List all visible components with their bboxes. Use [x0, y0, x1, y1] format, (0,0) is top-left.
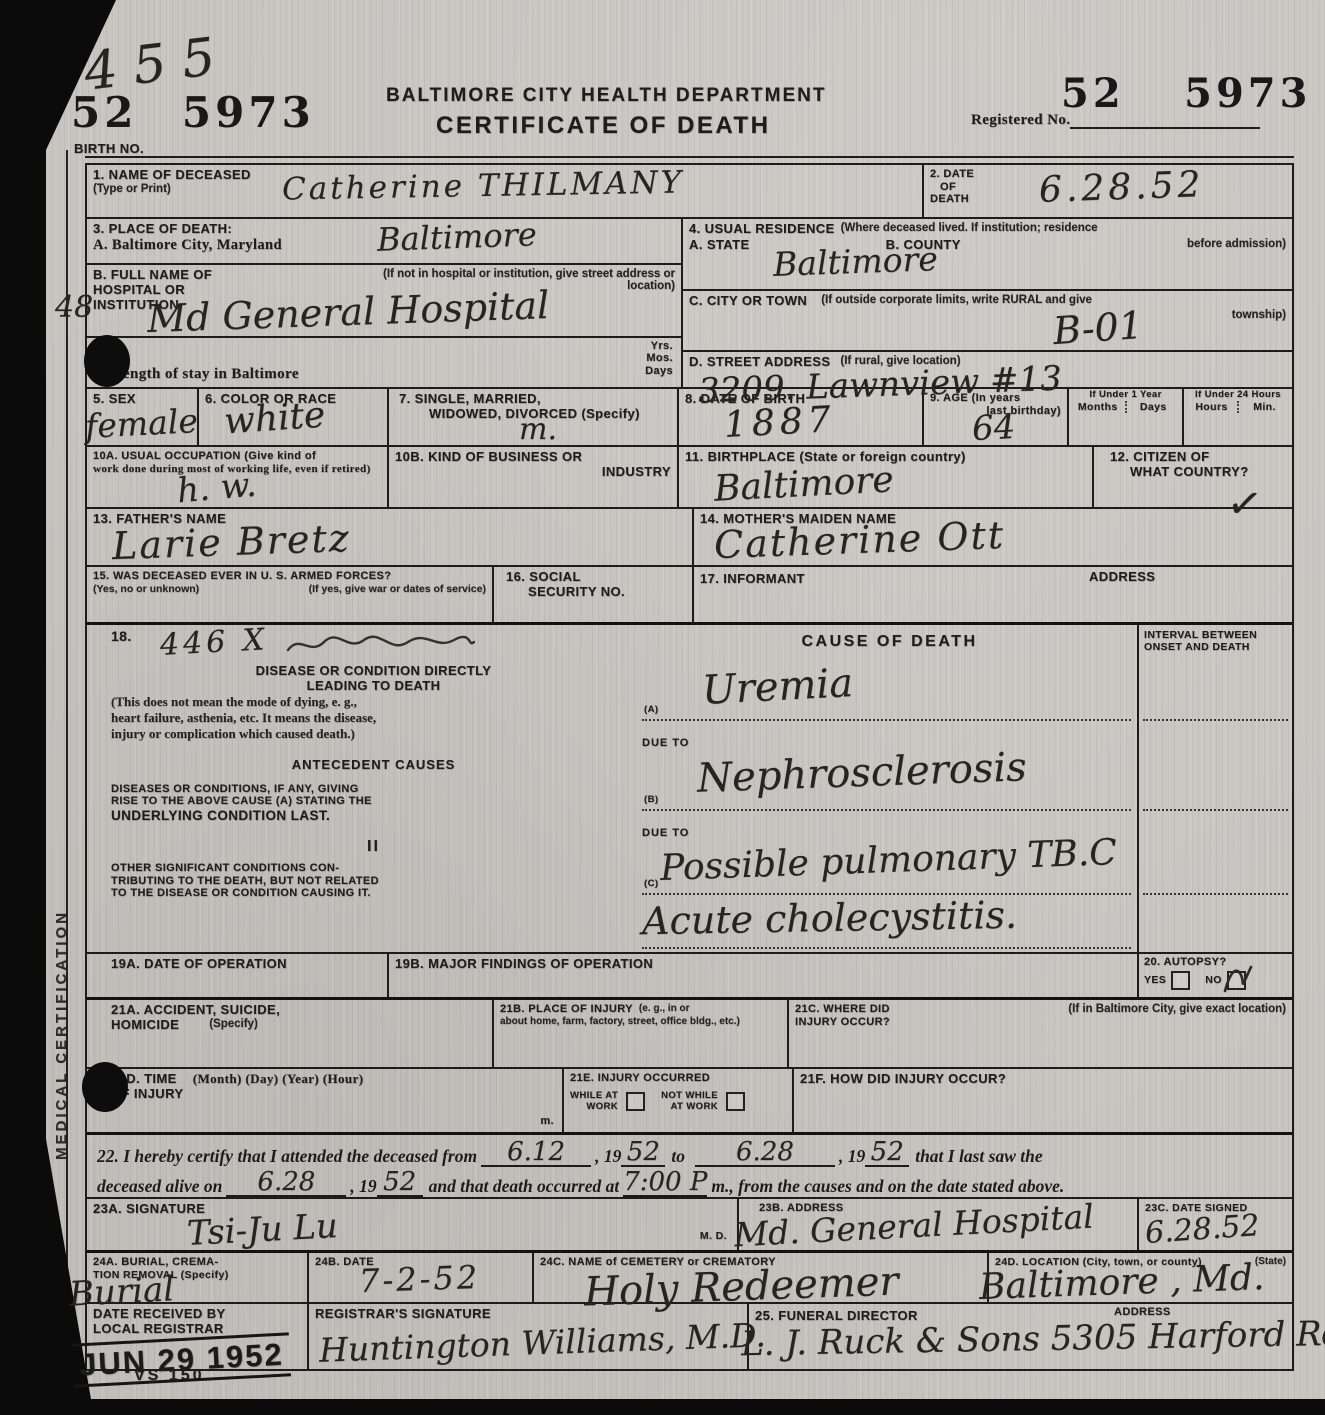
attended-from-year: 52 — [621, 1139, 665, 1167]
funeral-director-value: L. J. Ruck & Sons 5305 Harford Rd — [741, 1317, 1325, 1362]
burial-date-value: 7-2-52 — [358, 1261, 480, 1297]
field-time-of-injury: 21D. TIME (Month) (Day) (Year) (Hour) OF… — [87, 1069, 562, 1132]
field-injury-occurred: 21E. INJURY OCCURRED WHILE AT WORK NOT W… — [562, 1069, 792, 1132]
certificate-title: CERTIFICATE OF DEATH — [436, 112, 770, 140]
field-cemetery-name: 24C. NAME of CEMETERY or CREMATORY Holy … — [532, 1253, 987, 1302]
field-street-address: D. STREET ADDRESS (If rural, give locati… — [683, 350, 1292, 387]
field-certification-statement: 22. I hereby certify that I attended the… — [87, 1132, 1292, 1197]
received-date-stamp: JUN 29 1952 — [72, 1332, 291, 1387]
field-social-security-no: 16. SOCIAL SECURITY NO. — [492, 567, 692, 622]
certificate-paper: 455 52 5973 BALTIMORE CITY HEALTH DEPART… — [46, 0, 1325, 1399]
registration-stamp-right: 52 5973 — [1061, 70, 1311, 117]
field-physician-signature: 23A. SIGNATURE Tsi-Ju Lu M. D. — [87, 1199, 737, 1250]
field-mothers-maiden-name: 14. MOTHER'S MAIDEN NAME Catherine Ott — [692, 509, 1292, 565]
cause-entries: CAUSE OF DEATH (A) Uremia DUE TO (B) Nep… — [642, 625, 1137, 952]
attended-from-date: 6.12 — [481, 1139, 591, 1167]
field-usual-residence: 4. USUAL RESIDENCE (Where deceased lived… — [683, 219, 1292, 289]
field-burial-type: 24A. BURIAL, CREMA- TION REMOVAL (Specif… — [87, 1253, 307, 1302]
field-birthplace: 11. BIRTHPLACE (State or foreign country… — [677, 447, 1092, 507]
field-where-did-injury-occur: 21C. WHERE DID (If in Baltimore City, gi… — [787, 1000, 1292, 1067]
field-hospital-name: B. FULL NAME OF HOSPITAL OR INSTITUTION … — [87, 263, 681, 335]
sex-value: female — [84, 404, 198, 443]
date-signed-value: 6.28.52 — [1144, 1211, 1260, 1249]
field-length-of-stay: C. Length of stay in Baltimore Yrs. Mos.… — [87, 336, 681, 387]
autopsy-no-mark — [1221, 963, 1255, 997]
line-other — [642, 947, 1131, 949]
header-rule — [85, 156, 1294, 158]
field-place-of-death: 3. PLACE OF DEATH: A. Baltimore City, Ma… — [87, 219, 681, 263]
department-title: BALTIMORE CITY HEALTH DEPARTMENT — [386, 85, 826, 107]
hole-punch-top — [84, 335, 130, 387]
handwritten-scribble — [286, 632, 476, 658]
registered-no: Registered No. — [971, 112, 1260, 129]
alive-on-year: 52 — [377, 1169, 423, 1197]
cause-c-value: Possible pulmonary TB.C — [660, 835, 1118, 887]
field-city-or-town: C. CITY OR TOWN (If outside corporate li… — [683, 289, 1292, 350]
field-date-signed: 23C. DATE SIGNED 6.28.52 — [1137, 1199, 1292, 1250]
field-major-findings: 19B. MAJOR FINDINGS OF OPERATION — [387, 954, 1137, 997]
place-of-death-value: Baltimore — [376, 218, 537, 256]
burial-location-value: Baltimore , Md. — [978, 1260, 1265, 1306]
field-how-did-injury-occur: 21F. HOW DID INJURY OCCUR? — [792, 1069, 1292, 1132]
cause-b-value: Nephrosclerosis — [696, 747, 1027, 798]
field-citizen-of: 12. CITIZEN OF WHAT COUNTRY? ✓ — [1092, 447, 1292, 507]
age-value: 64 — [971, 410, 1016, 446]
field-age-under-24-hours: If Under 24 Hours Hours Min. — [1182, 389, 1292, 445]
physician-signature-value: Tsi-Ju Lu — [186, 1209, 338, 1251]
line-a — [642, 719, 1131, 721]
field-registrar-signature: REGISTRAR'S SIGNATURE Huntington William… — [307, 1304, 747, 1369]
field-place-of-injury: 21B. PLACE OF INJURY (e. g., in or about… — [492, 1000, 787, 1067]
registration-stamp-left: 52 5973 — [71, 88, 315, 137]
field-accident-suicide-homicide: 21A. ACCIDENT, SUICIDE, HOMICIDE (Specif… — [87, 1000, 492, 1067]
field-autopsy: 20. AUTOPSY? YES NO — [1137, 954, 1292, 997]
line-b — [642, 809, 1131, 811]
field-date-of-operation: 19A. DATE OF OPERATION — [87, 954, 387, 997]
field-armed-forces: 15. WAS DECEASED EVER IN U. S. ARMED FOR… — [87, 567, 492, 622]
field-sex: 5. SEX female — [87, 389, 197, 445]
interval-column: INTERVAL BETWEEN ONSET AND DEATH — [1137, 625, 1292, 952]
field-funeral-director: 25. FUNERAL DIRECTOR ADDRESS L. J. Ruck … — [747, 1304, 1292, 1369]
citizen-checkmark: ✓ — [1224, 481, 1265, 527]
field-age-under-1-year: If Under 1 Year Months Days — [1067, 389, 1182, 445]
cause-descriptions: 18. 446 X DISEASE OR CONDITION DIRECTLY … — [87, 625, 642, 952]
item18-code: 446 X — [159, 625, 269, 661]
hospital-margin-note: 48 — [55, 293, 93, 323]
registrar-signature-value: Huntington Williams, M.D. — [319, 1318, 767, 1367]
residence-state-value: Baltimore — [772, 242, 938, 281]
field-date-received: DATE RECEIVED BY LOCAL REGISTRAR JUN 29 … — [87, 1304, 307, 1369]
field-burial-date: 24B. DATE 7-2-52 — [307, 1253, 532, 1302]
certificate-form: 1. NAME OF DECEASED (Type or Print) Cath… — [85, 163, 1294, 1371]
city-or-town-value: B-01 — [1052, 306, 1144, 350]
field-fathers-name: 13. FATHER'S NAME Larie Bretz — [87, 509, 692, 565]
burial-type-value: Burial — [68, 1272, 175, 1311]
alive-on-date: 6.28 — [226, 1169, 346, 1197]
cemetery-value: Holy Redeemer — [583, 1262, 899, 1313]
mothers-maiden-name-value: Catherine Ott — [713, 516, 1005, 564]
hole-punch-bottom — [82, 1062, 128, 1112]
name-value: Catherine THILMANY — [282, 167, 685, 205]
field-name-of-deceased: 1. NAME OF DECEASED (Type or Print) Cath… — [87, 165, 922, 217]
cause-of-death-section: 18. 446 X DISEASE OR CONDITION DIRECTLY … — [87, 622, 1292, 952]
birthplace-value: Baltimore — [713, 462, 894, 507]
occupation-value: h. w. — [176, 468, 258, 509]
attended-to-year: 52 — [865, 1139, 909, 1167]
death-time-value: 7:00 P — [623, 1169, 707, 1197]
medical-certification-side-label: MEDICAL CERTIFICATION — [53, 695, 70, 1160]
field-physician-address: 23B. ADDRESS Md. General Hospital — [737, 1199, 1137, 1250]
autopsy-yes-checkbox[interactable] — [1171, 971, 1190, 990]
other-conditions-value: Acute cholecystitis. — [642, 896, 1018, 941]
date-of-death-value: 6.28.52 — [1038, 167, 1205, 209]
field-usual-occupation: 10A. USUAL OCCUPATION (Give kind of work… — [87, 447, 387, 507]
not-while-at-work-checkbox[interactable] — [726, 1092, 745, 1111]
while-at-work-checkbox[interactable] — [626, 1092, 645, 1111]
registered-no-line — [1070, 113, 1260, 129]
field-kind-of-business: 10B. KIND OF BUSINESS OR INDUSTRY — [387, 447, 677, 507]
field-marital-status: 7. SINGLE, MARRIED, WIDOWED, DIVORCED (S… — [387, 389, 677, 445]
attended-to-date: 6.28 — [695, 1139, 835, 1167]
field-color-or-race: 6. COLOR OR RACE white — [197, 389, 387, 445]
field-date-of-death: 2. DATE OF DEATH 6.28.52 — [922, 165, 1292, 217]
race-value: white — [223, 398, 327, 441]
cause-a-value: Uremia — [701, 663, 854, 711]
field-burial-location: 24D. LOCATION (City, town, or county) (S… — [987, 1253, 1292, 1302]
autopsy-no-checkbox[interactable] — [1227, 971, 1246, 990]
field-informant: 17. INFORMANT ADDRESS — [692, 567, 1292, 622]
birth-no-label: BIRTH NO. — [74, 142, 144, 157]
marital-value: m. — [519, 415, 557, 445]
fathers-name-value: Larie Bretz — [111, 519, 351, 565]
hospital-value: Md General Hospital — [146, 286, 549, 338]
